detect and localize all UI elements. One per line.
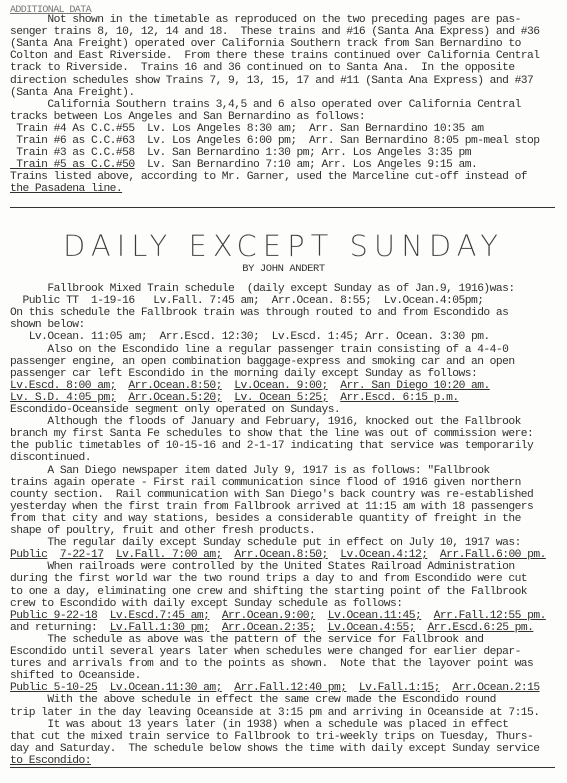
schedule-1917: Public 7-22-17 Lv.Fall. 7:00 am; Arr.Oce…: [10, 549, 546, 561]
paragraph-line: passenger car left Escondido in the morn…: [10, 368, 477, 380]
schedule-entry: Lv. S.D. 4:05 pm;: [10, 392, 116, 404]
paragraph-line: (Santa Ana Freight).: [10, 87, 135, 99]
schedule-1918-outbound: Public 9-22-18 Lv.Escd.7:45 am; Arr.Ocea…: [10, 610, 546, 622]
paragraph-line: day and Saturday. The schedule below sho…: [10, 743, 540, 755]
paragraph-line: the Pasadena line.: [10, 183, 122, 195]
schedule-entry: Lv.Ocean.11:45;: [328, 610, 421, 622]
schedule-entry: Lv.Fall.1:30 pm;: [110, 622, 210, 634]
paragraph-line: track to Riverside. Trains 16 and 36 con…: [10, 62, 515, 74]
paragraph-line: When railroads were controlled by the Un…: [10, 561, 515, 573]
train-number: Train #6 as C.C.#63: [10, 135, 135, 147]
train-number: Train #4 As C.C.#55: [10, 123, 135, 135]
schedule-entry: Arr.Ocean.8:50;: [128, 380, 221, 392]
paragraph-line: Not shown in the timetable as reproduced…: [10, 14, 521, 26]
schedule-entry: Arr.Escd.6:25 pm.: [427, 622, 533, 634]
paragraph-line: county section. Rail communication with …: [10, 489, 533, 501]
paragraph-line: direction schedules show Trains 7, 9, 13…: [10, 75, 533, 87]
schedule-entry: Lv.Escd. 8:00 am;: [10, 380, 116, 392]
schedule-entry: Lv. Ocean 5:25;: [234, 392, 327, 404]
paragraph-line: (Santa Ana Freight) operated over Califo…: [10, 38, 521, 50]
schedule-entry: 7-22-17: [60, 549, 104, 561]
paragraph-line: Lv.Ocean. 11:05 am; Arr.Escd. 12:30; Lv.…: [10, 331, 490, 343]
paragraph-line: crew to Escondido with daily except Sund…: [10, 598, 402, 610]
schedule-entry: Lv.Ocean.4:12;: [340, 549, 427, 561]
paragraph-line: The regular daily except Sunday schedule…: [10, 537, 521, 549]
schedule-entry: Arr.Ocean.5:20;: [128, 392, 221, 404]
paragraph-line: trip later in the day leaving Oceanside …: [10, 707, 540, 719]
document-page: ADDITIONAL DATA DAILY EXCEPT SUNDAY BY J…: [0, 0, 567, 783]
schedule-entry: Public 9-22-18: [10, 610, 97, 622]
schedule-entry: Arr.Ocean.2:15: [452, 682, 539, 694]
train-schedule: Lv. Los Angeles 8:30 am; Arr. San Bernar…: [135, 123, 484, 135]
schedule-entry: Lv.Escd.7:45 am;: [110, 610, 210, 622]
schedule-entry: and returning:: [10, 622, 97, 634]
paragraph-line: passenger engine, an open combination ba…: [10, 356, 515, 368]
schedule-entry: Lv.Fall.1:15;: [359, 682, 440, 694]
paragraph-line: during the first world war the two round…: [10, 573, 527, 585]
schedule-entry: Arr.Ocean.8:50;: [234, 549, 327, 561]
paragraph-line: Escondido-Oceanside segment only operate…: [10, 404, 340, 416]
paragraph-line: Fallbrook Mixed Train schedule (daily ex…: [10, 283, 515, 295]
schedule-1918-return: and returning: Lv.Fall.1:30 pm; Arr.Ocea…: [10, 622, 533, 634]
schedule-entry: Arr.Fall.12:55 pm.: [434, 610, 546, 622]
train-number: Train #5 as C.C.#50: [10, 159, 135, 171]
schedule-entry: Arr.Fall.6:00 pm.: [440, 549, 546, 561]
paragraph-line: The schedule as above was the pattern of…: [10, 634, 483, 646]
train-row: Train #3 as C.C.#58 Lv. San Bernardino 1…: [10, 147, 471, 159]
paragraph-line: A San Diego newspaper item dated July 9,…: [10, 465, 490, 477]
schedule-entry: Arr. San Diego 10:20 am.: [340, 380, 490, 392]
train-schedule: Lv. Los Angeles 6:00 pm; Arr. San Bernar…: [135, 135, 540, 147]
train-schedule: Lv. San Bernardino 7:10 am; Arr. Los Ang…: [135, 159, 478, 171]
paragraph-line: Escondido until several years later when…: [10, 646, 521, 658]
paragraph-line: from that city and way stations, besides…: [10, 513, 521, 525]
paragraph-line: trains again operate - First rail commun…: [10, 477, 521, 489]
paragraph-line: Trains listed above, according to Mr. Ga…: [10, 171, 527, 183]
paragraph-line: the public timetables of 10-15-16 and 2-…: [10, 440, 533, 452]
paragraph-line: It was about 13 years later (in 1938) wh…: [10, 719, 508, 731]
train-row: Train #5 as C.C.#50 Lv. San Bernardino 7…: [10, 159, 477, 171]
bottom-divider: [10, 767, 555, 768]
train-schedule: Lv. San Bernardino 1:30 pm; Arr. Los Ang…: [135, 147, 471, 159]
schedule-entry: Arr.Ocean.9:00;: [222, 610, 315, 622]
train-number: Train #3 as C.C.#58: [10, 147, 135, 159]
paragraph-line: On this schedule the Fallbrook train was…: [10, 307, 508, 319]
paragraph-line: tracks between Los Angeles and San Berna…: [10, 111, 365, 123]
paragraph-line: that cut the mixed train service to Fall…: [10, 731, 533, 743]
paragraph-line: With the above schedule in effect the sa…: [10, 694, 496, 706]
paragraph-line: California Southern trains 3,4,5 and 6 a…: [10, 99, 521, 111]
paragraph-line: discontinued.: [10, 452, 91, 464]
schedule-entry: Lv.Ocean.4:55;: [328, 622, 415, 634]
schedule-1916: Lv.Escd. 8:00 am; Arr.Ocean.8:50; Lv.Oce…: [10, 380, 490, 392]
schedule-entry: Arr.Escd. 6:15 p.m.: [340, 392, 458, 404]
schedule-entry: Lv.Ocean.11:30 am;: [110, 682, 222, 694]
schedule-entry: Lv.Fall. 7:00 am;: [116, 549, 222, 561]
paragraph-line: to Escondido:: [10, 755, 91, 767]
schedule-entry: Lv.Ocean. 9:00;: [234, 380, 327, 392]
schedule-entry: Public: [10, 549, 47, 561]
article-title: DAILY EXCEPT SUNDAY: [0, 229, 567, 263]
paragraph-line: Although the floods of January and Febru…: [10, 416, 521, 428]
schedule-1916: Lv. S.D. 4:05 pm; Arr.Ocean.5:20; Lv. Oc…: [10, 392, 459, 404]
schedule-entry: Public 5-10-25: [10, 682, 97, 694]
paragraph-line: shown below:: [10, 319, 85, 331]
paragraph-line: to one a day, eliminating one crew and s…: [10, 586, 527, 598]
paragraph-line: shifted to Oceanside.: [10, 670, 141, 682]
train-row: Train #4 As C.C.#55 Lv. Los Angeles 8:30…: [10, 123, 483, 135]
schedule-1925: Public 5-10-25 Lv.Ocean.11:30 am; Arr.Fa…: [10, 682, 540, 694]
paragraph-line: Colton and East Riverside. From there th…: [10, 50, 540, 62]
article-byline: BY JOHN ANDERT: [0, 263, 567, 275]
paragraph-line: branch my first Santa Fe schedules to sh…: [10, 428, 533, 440]
paragraph-line: Also on the Escondido line a regular pas…: [10, 344, 508, 356]
paragraph-line: Public TT 1-19-16 Lv.Fall. 7:45 am; Arr.…: [10, 295, 483, 307]
schedule-entry: Arr.Ocean.2:35;: [222, 622, 315, 634]
paragraph-line: tures and arrivals from and to the point…: [10, 658, 533, 670]
schedule-entry: Arr.Fall.12:40 pm;: [234, 682, 346, 694]
paragraph-line: shape of poultry, fruit and other fresh …: [10, 525, 315, 537]
train-row: Train #6 as C.C.#63 Lv. Los Angeles 6:00…: [10, 135, 540, 147]
paragraph-line: yesterday when the first train from Fall…: [10, 501, 533, 513]
paragraph-line: senger trains 8, 10, 12, 14 and 18. Thes…: [10, 26, 540, 38]
section-divider: [10, 207, 555, 208]
